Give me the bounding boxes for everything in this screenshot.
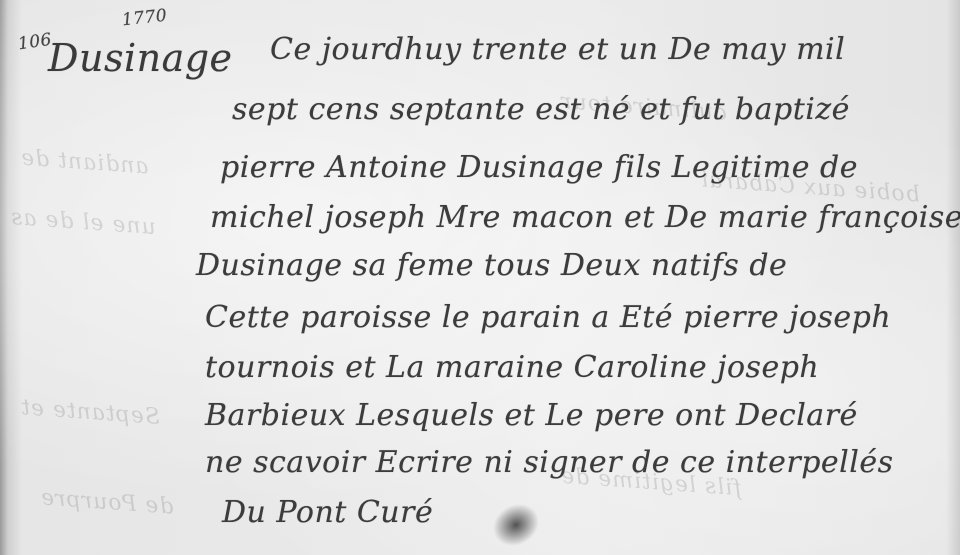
- bleed-through-text: une el de as: [9, 205, 156, 240]
- manuscript-page: andiant de une el de as oulinaire tour b…: [0, 0, 960, 555]
- record-line-5: Dusinage sa feme tous Deux natifs de: [196, 248, 787, 283]
- bleed-through-text: de Pourpre: [39, 485, 174, 519]
- record-line-2: sept cens septante est né et fut baptizé: [232, 92, 850, 127]
- year-annotation: 1770: [121, 6, 168, 31]
- record-line-8: Barbieux Lesquels et Le pere ont Declaré: [205, 398, 858, 433]
- record-line-9: ne scavoir Ecrire ni signer de ce interp…: [205, 445, 894, 480]
- record-line-6: Cette paroisse le parain a Eté pierre jo…: [205, 300, 891, 335]
- record-line-3: pierre Antoine Dusinage fils Legitime de: [220, 150, 858, 185]
- bleed-through-text: Septante et: [19, 395, 160, 430]
- record-line-4: michel joseph Mre macon et De marie fran…: [210, 200, 960, 235]
- margin-name: Dusinage: [48, 36, 233, 80]
- record-line-7: tournois et La maraine Caroline joseph: [205, 350, 819, 385]
- cross-mark-signature: [485, 496, 547, 555]
- bleed-through-text: andiant de: [19, 146, 149, 180]
- record-line-1: Ce jourdhuy trente et un De may mil: [270, 32, 845, 67]
- signature-line: Du Pont Curé: [222, 495, 433, 530]
